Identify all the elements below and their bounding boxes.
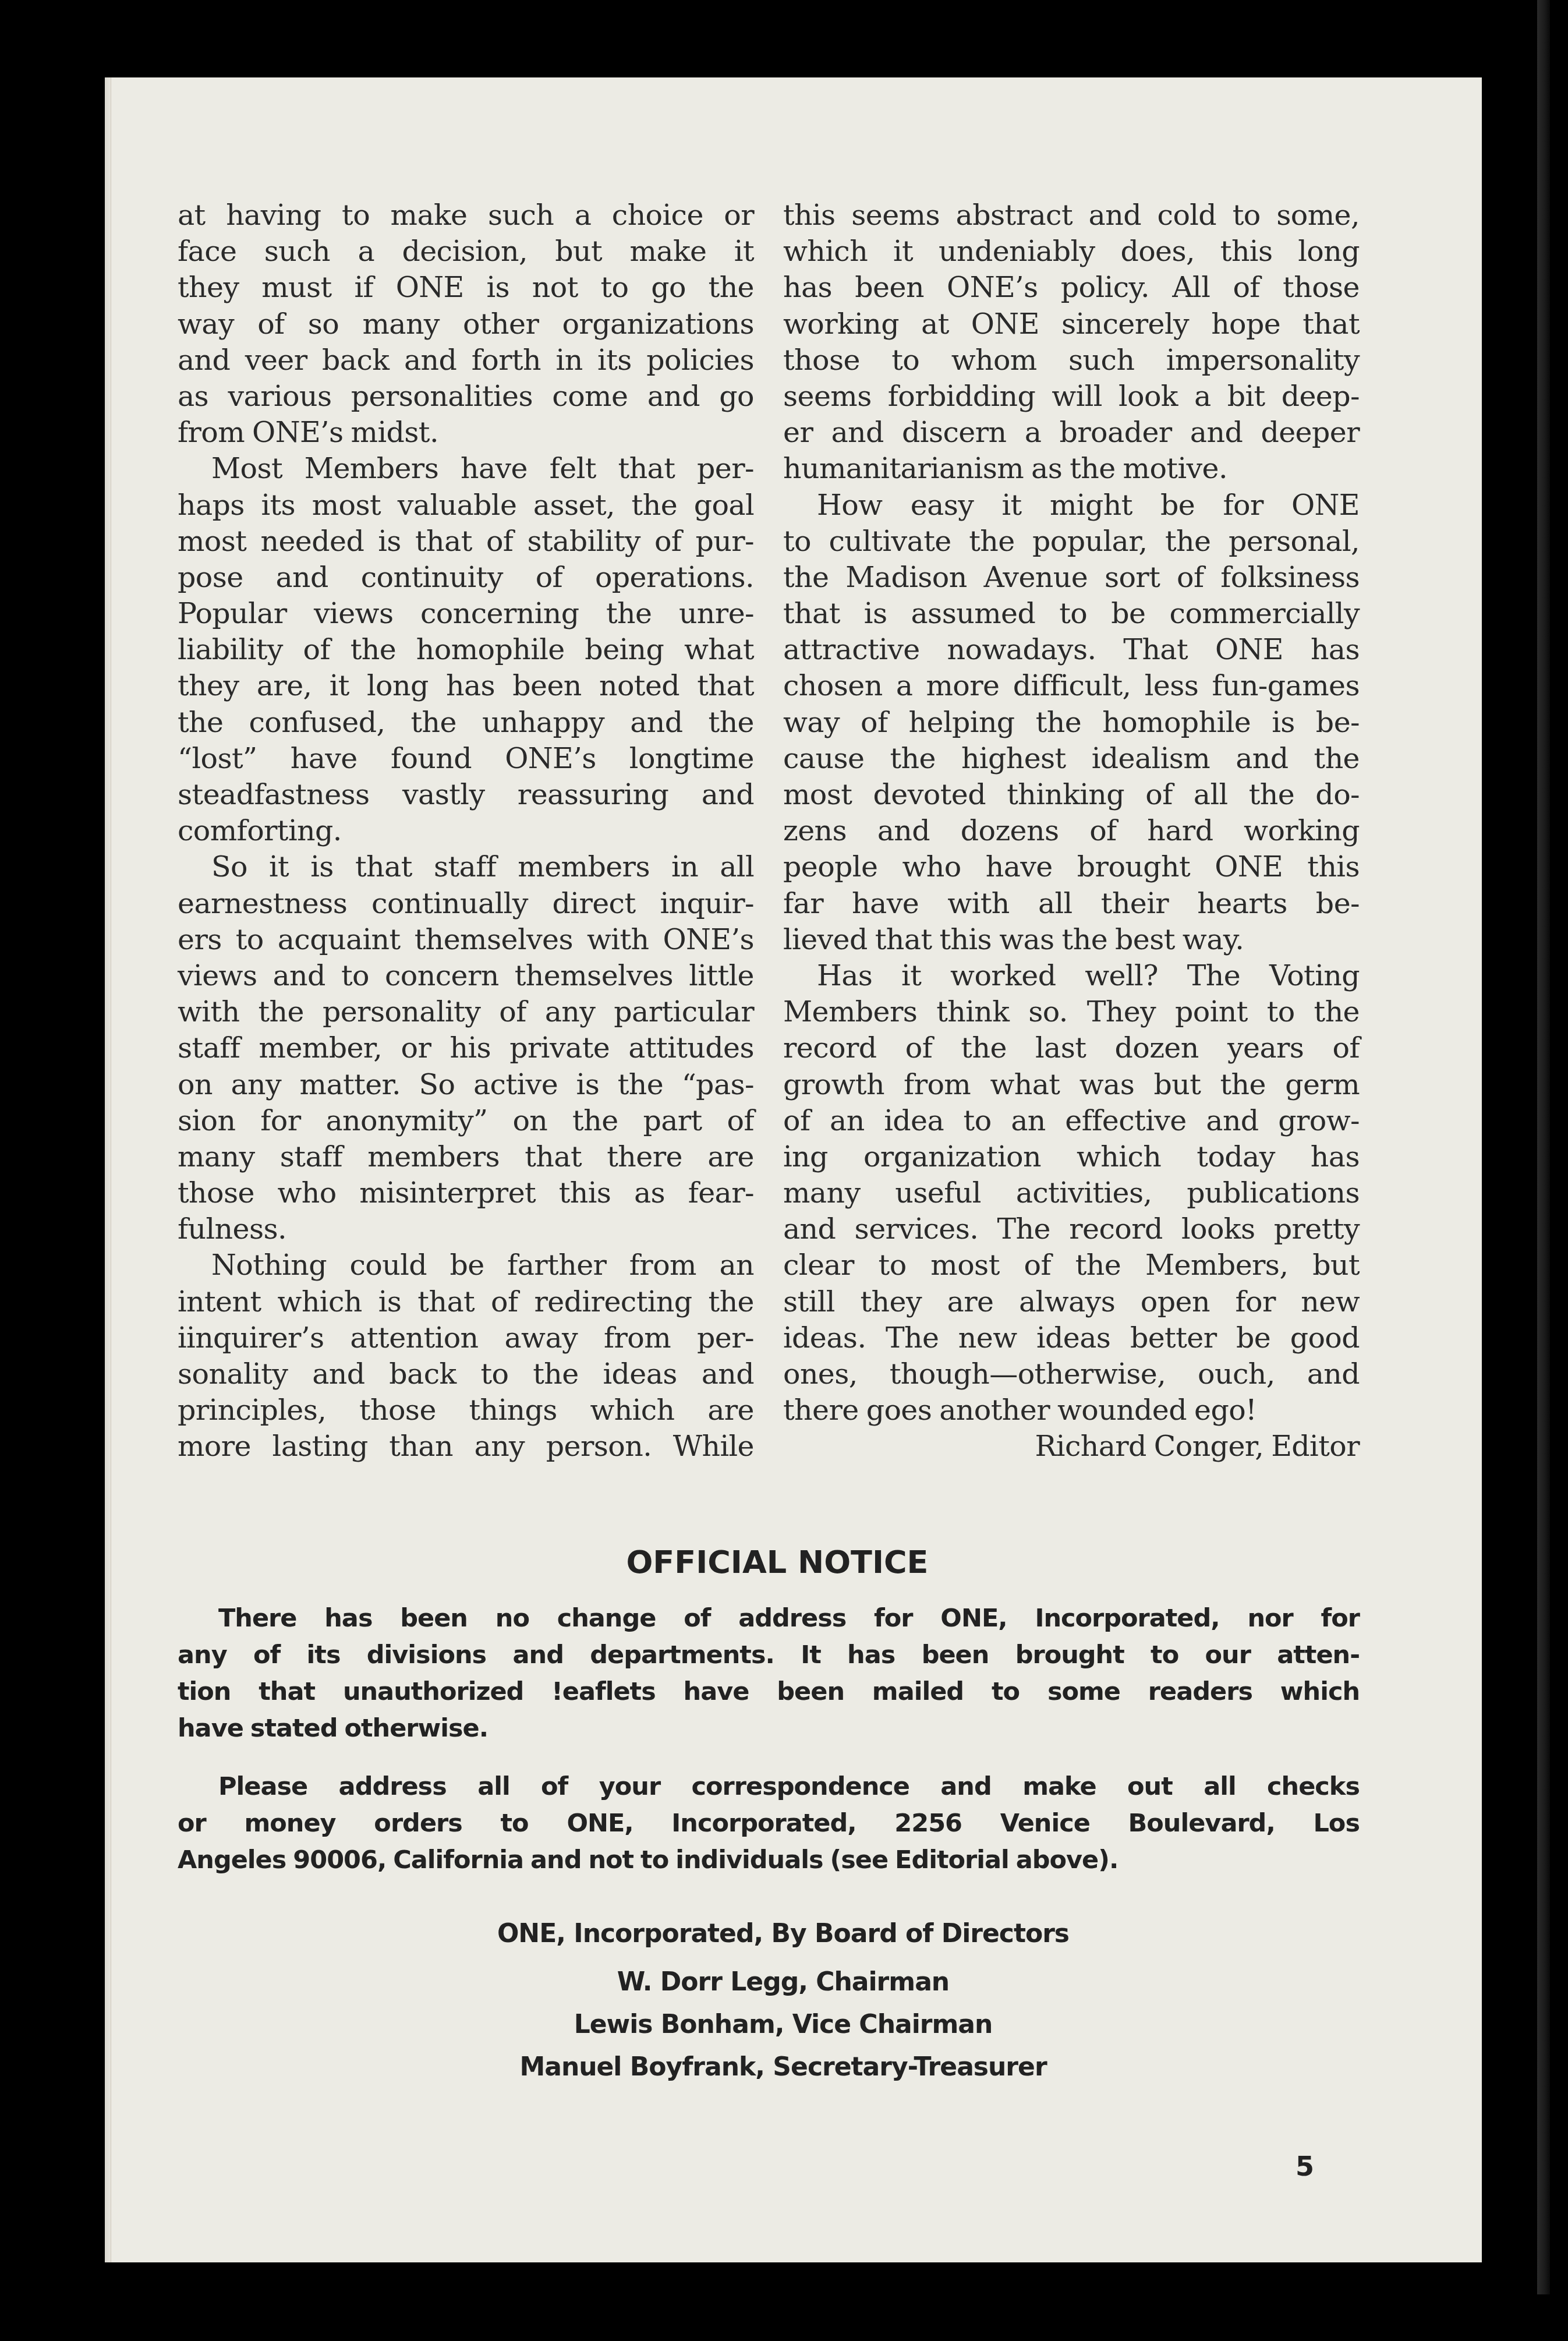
text-line: Members think so. They point to the [783,994,1360,1030]
officer-chairman: W. Dorr Legg, Chairman [207,1961,1360,2003]
text-line: zens and dozens of hard working [783,813,1360,849]
text-line: those to whom such impersonality [783,342,1360,379]
text-line: and veer back and forth in its policies [178,342,754,379]
notice-paragraph-correspondence: Please address all of your correspondenc… [178,1769,1360,1879]
text-line: the Madison Avenue sort of folksiness [783,560,1360,596]
text-line: earnestness continually direct inquir- [178,886,754,922]
text-line: face such a decision, but make it [178,234,754,270]
official-notice-title: OFFICIAL NOTICE [195,1536,1360,1589]
board-signoff: ONE, Incorporated, By Board of Directors… [178,1911,1360,2088]
text-line: pose and continuity of operations. [178,560,754,596]
officer-vice-chairman: Lewis Bonham, Vice Chairman [207,2003,1360,2046]
text-line: sion for anonymity” on the part of [178,1103,754,1139]
text-line: working at ONE sincerely hope that [783,306,1360,342]
text-line: lieved that this was the best way. [783,922,1360,958]
text-line: this seems abstract and cold to some, [783,197,1360,234]
text-line: more lasting than any person. While [178,1428,754,1465]
notice-line: or money orders to ONE, Incorporated, 22… [178,1805,1360,1842]
text-line: liability of the homophile being what [178,632,754,668]
text-line: fulness. [178,1211,754,1247]
text-line: steadfastness vastly reassuring and [178,777,754,813]
text-line: way of helping the homophile is be- [783,705,1360,741]
text-line: which it undeniably does, this long [783,234,1360,270]
text-line: many staff members that there are [178,1139,754,1175]
text-line: most devoted thinking of all the do- [783,777,1360,813]
text-line: those who misinterpret this as fear- [178,1175,754,1211]
text-line: of an idea to an effective and grow- [783,1103,1360,1139]
text-line: principles, those things which are [178,1392,754,1428]
text-line: ones, though—otherwise, ouch, and [783,1356,1360,1392]
text-line: at having to make such a choice or [178,197,754,234]
text-line: they must if ONE is not to go the [178,270,754,306]
text-line: ing organization which today has [783,1139,1360,1175]
text-line: humanitarianism as the motive. [783,451,1360,487]
text-line: and services. The record looks pretty [783,1211,1360,1247]
editorial-signature: Richard Conger, Editor [783,1428,1360,1465]
text-line: from ONE’s midst. [178,415,754,451]
official-notice: OFFICIAL NOTICE There has been no change… [178,1536,1360,2088]
text-line: the confused, the unhappy and the [178,705,754,741]
text-line: far have with all their hearts be- [783,886,1360,922]
text-line: Nothing could be farther from an [178,1247,754,1283]
notice-line: tion that unauthorized !eaflets have bee… [178,1674,1360,1710]
text-line: they are, it long has been noted that [178,668,754,704]
officer-secretary-treasurer: Manuel Boyfrank, Secretary-Treasurer [207,2046,1360,2088]
text-line: that is assumed to be commercially [783,596,1360,632]
magazine-page: at having to make such a choice orface s… [105,77,1482,2262]
editorial-right-column: this seems abstract and cold to some,whi… [783,197,1360,1465]
text-line: staff member, or his private attitudes [178,1030,754,1066]
text-line: Has it worked well? The Voting [783,958,1360,994]
signoff-organization: ONE, Incorporated, By Board of Directors [207,1911,1360,1957]
text-line: intent which is that of redirecting the [178,1284,754,1320]
text-line: as various personalities come and go [178,379,754,415]
text-line: with the personality of any particular [178,994,754,1030]
text-line: “lost” have found ONE’s longtime [178,741,754,777]
text-line: clear to most of the Members, but [783,1247,1360,1283]
text-line: cause the highest idealism and the [783,741,1360,777]
text-line: to cultivate the popular, the personal, [783,524,1360,560]
text-line: growth from what was but the germ [783,1067,1360,1103]
text-line: er and discern a broader and deeper [783,415,1360,451]
text-line: still they are always open for new [783,1284,1360,1320]
background-strip [1537,0,1550,2294]
text-line: way of so many other organizations [178,306,754,342]
notice-line: There has been no change of address for … [178,1600,1360,1637]
text-line: attractive nowadays. That ONE has [783,632,1360,668]
text-line: comforting. [178,813,754,849]
page-number: 5 [1296,2151,1314,2182]
notice-line: have stated otherwise. [178,1710,1360,1747]
notice-line: Angeles 90006, California and not to ind… [178,1842,1360,1879]
text-line: Popular views concerning the unre- [178,596,754,632]
text-line: Most Members have felt that per- [178,451,754,487]
text-line: ers to acquaint themselves with ONE’s [178,922,754,958]
notice-line: any of its divisions and departments. It… [178,1637,1360,1674]
text-line: there goes another wounded ego! [783,1392,1360,1428]
text-line: sonality and back to the ideas and [178,1356,754,1392]
text-line: has been ONE’s policy. All of those [783,270,1360,306]
text-line: views and to concern themselves little [178,958,754,994]
text-line: record of the last dozen years of [783,1030,1360,1066]
text-line: iinquirer’s attention away from per- [178,1320,754,1356]
editorial-left-column: at having to make such a choice orface s… [178,197,754,1465]
text-line: ideas. The new ideas better be good [783,1320,1360,1356]
text-line: chosen a more difficult, less fun-games [783,668,1360,704]
text-line: seems forbidding will look a bit deep- [783,379,1360,415]
text-line: most needed is that of stability of pur- [178,524,754,560]
text-line: on any matter. So active is the “pas- [178,1067,754,1103]
page-binding-edge [105,77,111,2262]
notice-line: Please address all of your correspondenc… [178,1769,1360,1805]
text-line: How easy it might be for ONE [783,487,1360,524]
text-line: haps its most valuable asset, the goal [178,487,754,524]
notice-paragraph-address: There has been no change of address for … [178,1600,1360,1747]
text-line: So it is that staff members in all [178,849,754,885]
text-line: people who have brought ONE this [783,849,1360,885]
text-line: many useful activities, publications [783,1175,1360,1211]
